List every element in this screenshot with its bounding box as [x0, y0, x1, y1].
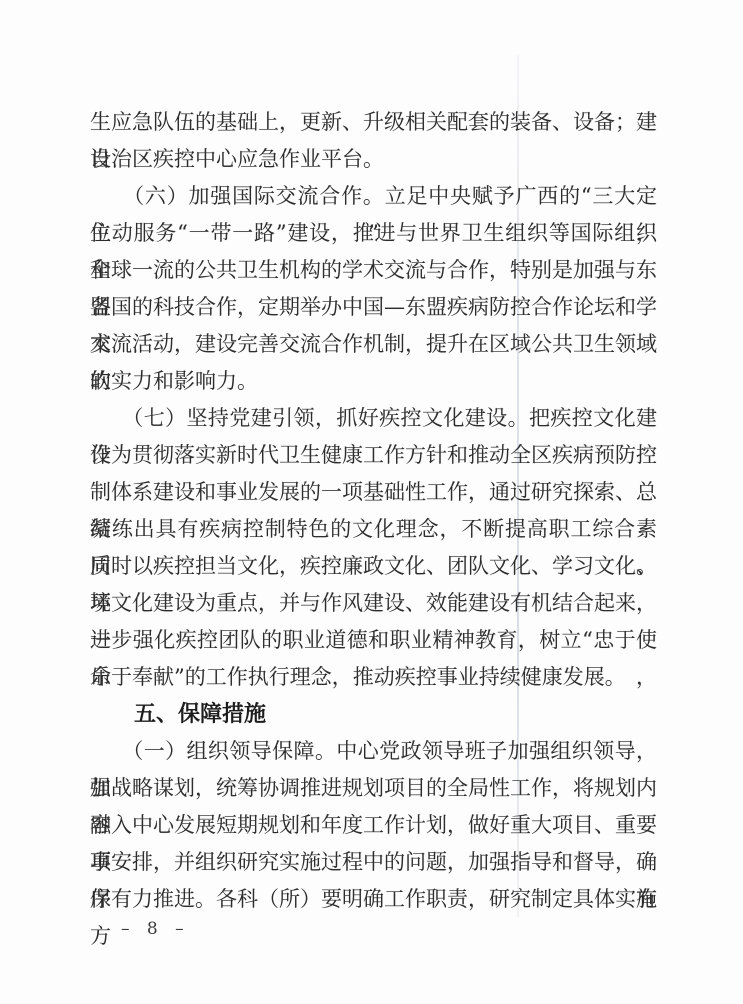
text-line: （一）组织领导保障。中心党政领导班子加强组织领导，加 — [90, 733, 657, 770]
text-line: 一步强化疾控团队的职业道德和职业精神教育，树立“忠于使命， — [90, 622, 657, 659]
text-line: 同时以疾控担当文化，疾控廉政文化、团队文化、学习文化、环 — [90, 548, 657, 585]
text-line: 凝练出具有疾病控制特色的文化理念，不断提高职工综合素质。 — [90, 511, 657, 548]
text-line: 境文化建设为重点，并与作风建设、效能建设有机结合起来，进 — [90, 585, 657, 622]
text-line: 各国的科技合作，定期举办中国—东盟疾病防控合作论坛和学术 — [90, 289, 657, 326]
text-line: 制体系建设和事业发展的一项基础性工作，通过研究探索、总结 — [90, 474, 657, 511]
text-line: 生应急队伍的基础上，更新、升级相关配套的装备、设备；建设 — [90, 104, 657, 141]
text-line: 自治区疾控中心应急作业平台。 — [90, 141, 657, 178]
text-line: 交流活动，建设完善交流合作机制，提升在区域公共卫生领域的 — [90, 326, 657, 363]
text-line: 强战略谋划，统筹协调推进规划项目的全局性工作，将规划内容 — [90, 770, 657, 807]
text-line: （六）加强国际交流合作。立足中央赋予广西的“三大定位”， — [90, 178, 657, 215]
text-line: （七）坚持党建引领，抓好疾控文化建设。把疾控文化建设 — [90, 400, 657, 437]
text-line: 序有力推进。各科（所）要明确工作职责，研究制定具体实施方 — [90, 881, 657, 918]
page-number: – 8 – — [121, 919, 190, 939]
text-line: 主动服务“一带一路”建设，推进与世界卫生组织等国际组织和 — [90, 215, 657, 252]
text-line: 全球一流的公共卫生机构的学术交流与合作，特别是加强与东盟 — [90, 252, 657, 289]
text-line: 融入中心发展短期规划和年度工作计划，做好重大项目、重要事 — [90, 807, 657, 844]
text-block: 生应急队伍的基础上，更新、升级相关配套的装备、设备；建设自治区疾控中心应急作业平… — [90, 104, 657, 918]
text-line: 作为贯彻落实新时代卫生健康工作方针和推动全区疾病预防控 — [90, 437, 657, 474]
text-line: 软实力和影响力。 — [90, 363, 657, 400]
text-line: 项安排，并组织研究实施过程中的问题，加强指导和督导，确保有 — [90, 844, 657, 881]
section-heading: 五、保障措施 — [90, 696, 657, 733]
text-line: 乐于奉献”的工作执行理念，推动疾控事业持续健康发展。 — [90, 659, 657, 696]
document-page: 生应急队伍的基础上，更新、升级相关配套的装备、设备；建设自治区疾控中心应急作业平… — [0, 0, 743, 1004]
